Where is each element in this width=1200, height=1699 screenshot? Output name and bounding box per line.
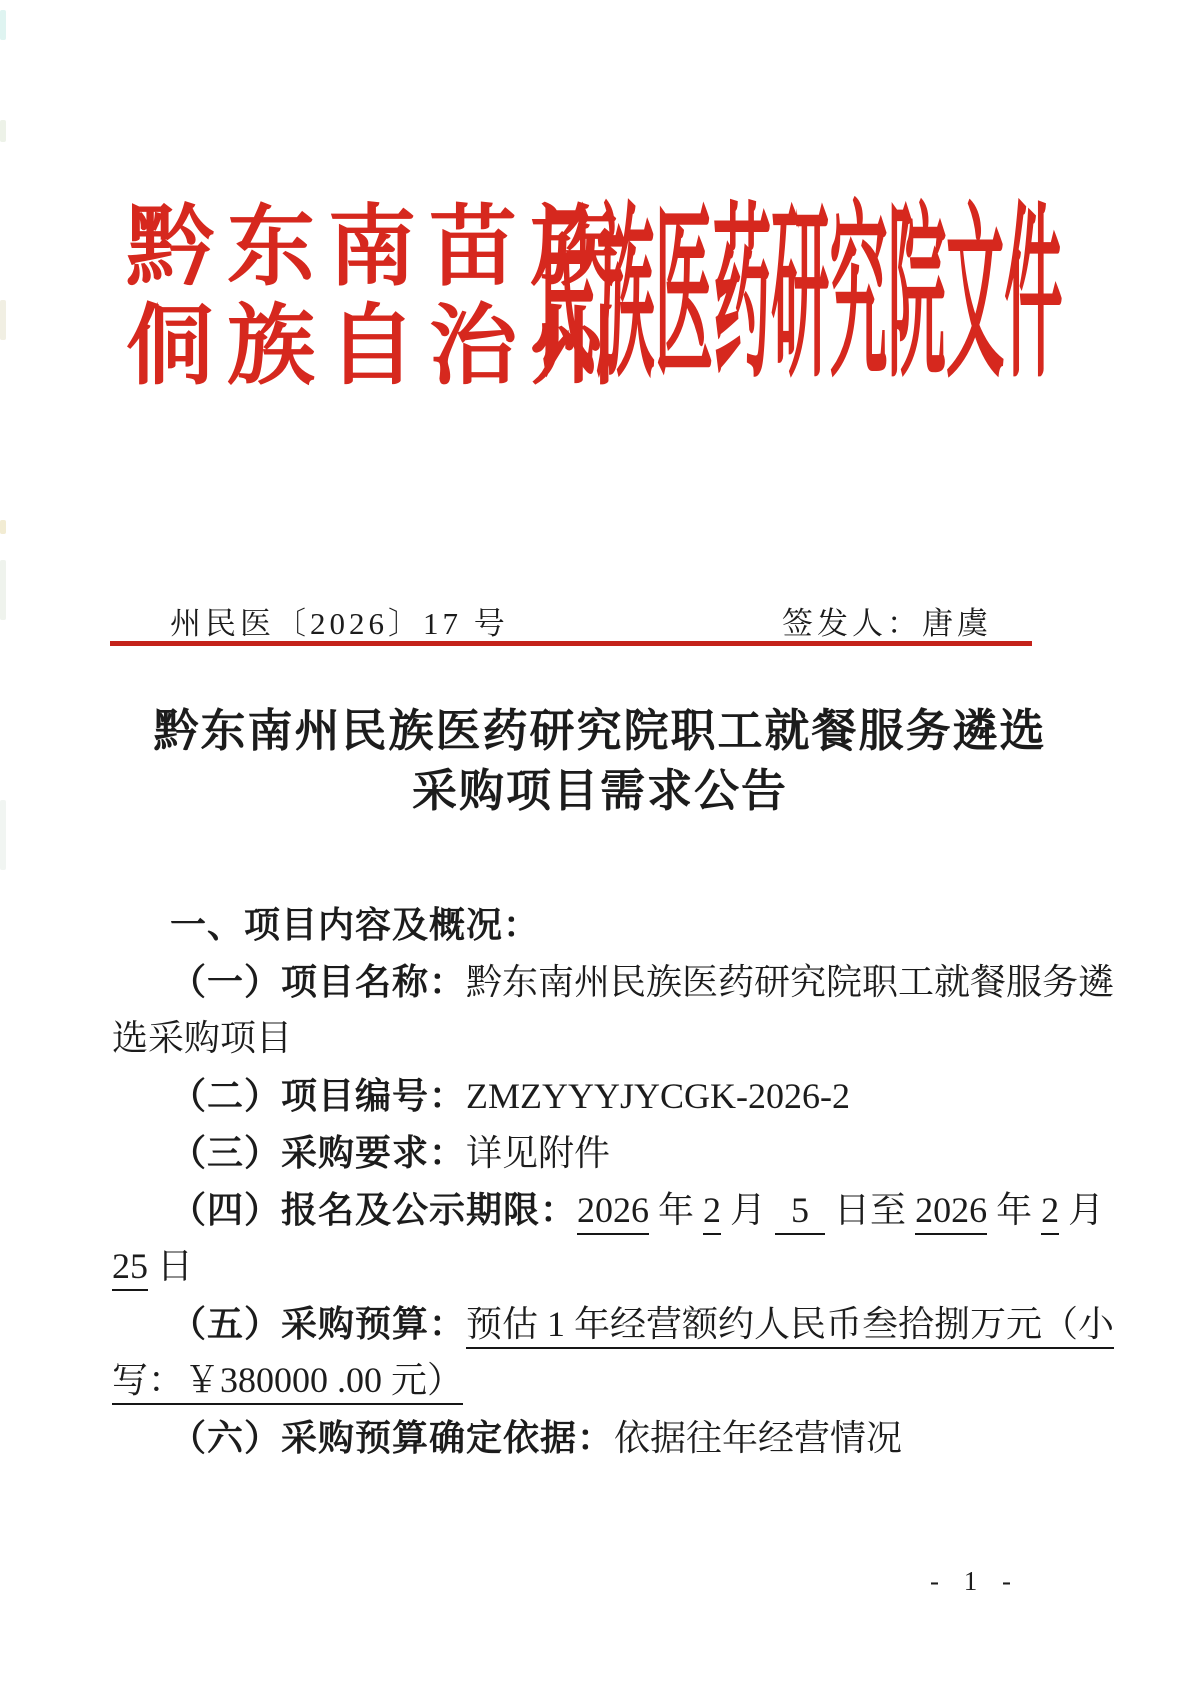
date-year-end: 2026 xyxy=(915,1190,987,1235)
date-sep: 月 xyxy=(1059,1190,1104,1230)
doc-number: 州民医〔2026〕17 号 xyxy=(170,598,509,643)
issuer-label: 签发人： xyxy=(782,606,922,641)
budget-amount: 写：￥380000 .00 元） xyxy=(112,1360,463,1405)
date-day-end: 25 xyxy=(112,1246,148,1291)
para-text: 黔东南州民族医药研究院职工就餐服务遴 xyxy=(466,962,1114,1002)
org-name-left: 黔东南苗族 侗族自治州 xyxy=(126,199,538,397)
para-text: 详见附件 xyxy=(466,1133,610,1173)
doc-body: 一、项目内容及概况： （一）项目名称：黔东南州民族医药研究院职工就餐服务遴 选采… xyxy=(112,896,1080,1466)
para-procurement-requirements: （三）采购要求：详见附件 xyxy=(112,1124,1080,1181)
para-label: （六）采购预算确定依据： xyxy=(170,1417,614,1458)
para-label: （五）采购预算： xyxy=(170,1303,466,1344)
para-label: （二）项目编号： xyxy=(170,1075,466,1116)
date-sep: 年 xyxy=(649,1190,703,1230)
document-page: 黔东南苗族 侗族自治州 民族医药研究院文件 州民医〔2026〕17 号 签发人：… xyxy=(0,0,1200,1699)
issuer-name: 唐虞 xyxy=(922,606,992,641)
date-month-end: 2 xyxy=(1041,1190,1059,1235)
para-project-name: （一）项目名称：黔东南州民族医药研究院职工就餐服务遴 xyxy=(112,953,1080,1010)
section-heading: 一、项目内容及概况： xyxy=(112,896,1080,953)
org-name-left-line1: 黔东南苗族 xyxy=(126,199,538,298)
date-year-start: 2026 xyxy=(577,1190,649,1235)
date-sep: 日至 xyxy=(825,1190,915,1230)
para-project-name-cont: 选采购项目 xyxy=(112,1010,1080,1067)
red-divider xyxy=(110,641,1032,646)
para-label: （一）项目名称： xyxy=(170,961,466,1002)
date-sep: 日 xyxy=(148,1246,193,1286)
page-number: - 1 - xyxy=(930,1566,1020,1597)
scan-artifact xyxy=(0,10,6,40)
org-name-left-line2: 侗族自治州 xyxy=(126,298,538,397)
scan-artifact xyxy=(0,300,6,340)
section-heading-text: 一、项目内容及概况： xyxy=(170,904,540,945)
scan-artifact xyxy=(0,800,6,870)
date-day-start: 5 xyxy=(775,1190,825,1235)
para-registration-period-cont: 25 日 xyxy=(112,1238,1080,1295)
doc-info-row: 州民医〔2026〕17 号 签发人：唐虞 xyxy=(170,598,992,643)
scan-artifact xyxy=(0,560,6,620)
header-banner: 黔东南苗族 侗族自治州 民族医药研究院文件 xyxy=(126,196,1076,400)
scan-artifact xyxy=(0,520,6,534)
org-name-right: 民族医药研究院文件 xyxy=(538,196,1008,400)
issuer: 签发人：唐虞 xyxy=(782,598,992,643)
date-month-start: 2 xyxy=(703,1190,721,1235)
para-text: 选采购项目 xyxy=(112,1018,292,1058)
date-sep: 月 xyxy=(721,1190,775,1230)
para-label: （三）采购要求： xyxy=(170,1132,466,1173)
para-text: ZMZYYYJYCGK-2026-2 xyxy=(466,1076,850,1116)
para-label: （四）报名及公示期限： xyxy=(170,1189,577,1230)
date-sep: 年 xyxy=(987,1190,1041,1230)
para-project-code: （二）项目编号：ZMZYYYJYCGK-2026-2 xyxy=(112,1067,1080,1124)
para-registration-period: （四）报名及公示期限：2026 年 2 月 5 日至 2026 年 2 月 xyxy=(112,1181,1080,1238)
org-name-right-text: 民族医药研究院文件 xyxy=(538,196,1063,396)
budget-text: 预估 1 年经营额约人民币叁拾捌万元（小 xyxy=(466,1304,1114,1349)
doc-title: 黔东南州民族医药研究院职工就餐服务遴选 采购项目需求公告 xyxy=(120,701,1080,821)
doc-title-line1: 黔东南州民族医药研究院职工就餐服务遴选 xyxy=(120,701,1080,761)
doc-title-line2: 采购项目需求公告 xyxy=(120,761,1080,821)
para-budget-cont: 写：￥380000 .00 元） xyxy=(112,1352,1080,1409)
para-budget: （五）采购预算：预估 1 年经营额约人民币叁拾捌万元（小 xyxy=(112,1295,1080,1352)
scan-artifact xyxy=(0,120,6,142)
para-budget-basis: （六）采购预算确定依据：依据往年经营情况 xyxy=(112,1409,1080,1466)
para-text: 依据往年经营情况 xyxy=(614,1418,902,1458)
